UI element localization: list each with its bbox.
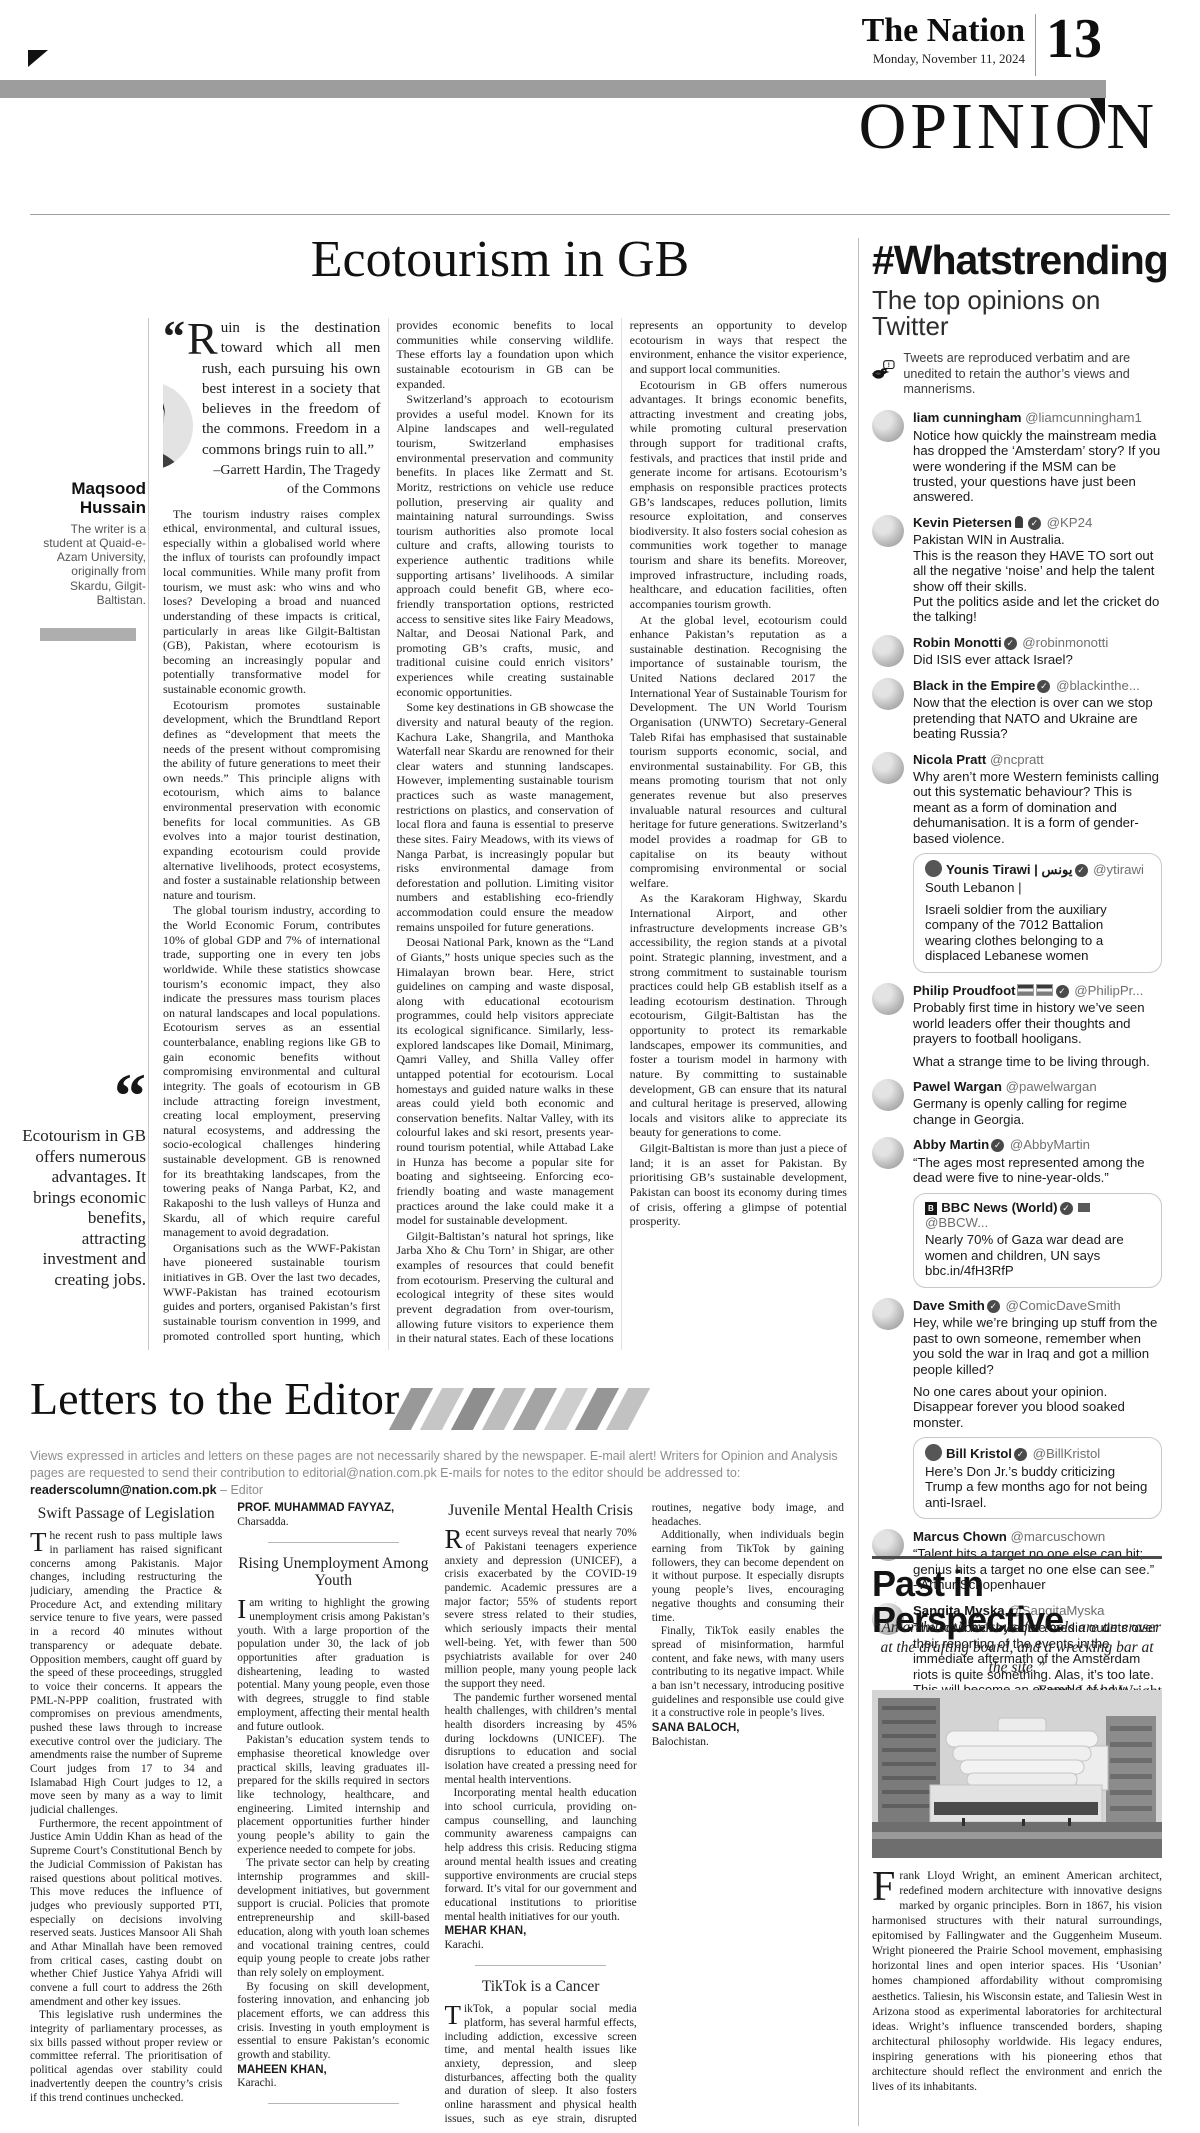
- tweet: Kevin Pietersen✓ @KP24Pakistan WIN in Au…: [872, 515, 1162, 625]
- avatar: [872, 678, 904, 710]
- tweet: Dave Smith✓ @ComicDaveSmithHey, while we…: [872, 1298, 1162, 1519]
- article-headline: Ecotourism in GB: [150, 234, 850, 286]
- tweet-text: “The ages most represented among the dea…: [913, 1155, 1162, 1186]
- disclaimer-text: E-mails for notes to the editor should b…: [437, 1466, 741, 1480]
- tweet-author-name: Kevin Pietersen: [913, 515, 1012, 530]
- article-opening-quote: “Ruin is the destination toward which al…: [163, 318, 380, 500]
- avatar: [872, 635, 904, 667]
- tweet-header: Dave Smith✓ @ComicDaveSmith: [913, 1298, 1162, 1313]
- quoted-tweet: Younis Tirawi | يونس✓ @ytirawiSouth Leba…: [913, 853, 1162, 973]
- tweet-text: What a strange time to be living through…: [913, 1054, 1162, 1069]
- tweet-handle: @pawelwargan: [1006, 1079, 1097, 1094]
- corner-wedge-icon: [28, 50, 48, 67]
- tweet-body: Robin Monotti✓ @robinmonottiDid ISIS eve…: [913, 635, 1108, 668]
- tweet-text: Nearly 70% of Gaza war dead are women an…: [925, 1232, 1150, 1278]
- letter-dropcap: T: [445, 2003, 465, 2026]
- article-paragraph: Some key destinations in GB showcase the…: [396, 700, 613, 934]
- tweet-text: Probably first time in history we’ve see…: [913, 1000, 1162, 1046]
- verified-badge-icon: ✓: [1056, 985, 1069, 998]
- letter-paragraph: The private sector can help by creating …: [237, 1857, 429, 1980]
- tweet-header: Bill Kristol✓ @BillKristol: [925, 1444, 1150, 1461]
- pip-dropcap: F: [872, 1868, 899, 1905]
- tweet-header: BBBC News (World)✓ @BBCW...: [925, 1200, 1150, 1231]
- tweet-header: Marcus Chown @marcuschown: [913, 1529, 1162, 1544]
- tweet-author-name: Philip Proudfoot: [913, 983, 1016, 998]
- verified-badge-icon: ✓: [1014, 1448, 1027, 1461]
- tweet-body: Dave Smith✓ @ComicDaveSmithHey, while we…: [913, 1298, 1162, 1519]
- article-columns: “Ruin is the destination toward which al…: [163, 318, 847, 1350]
- letter-title: Rising Unemployment Among Youth: [237, 1555, 429, 1590]
- letters-stripes: [389, 1388, 650, 1430]
- article-paragraph: Ecotourism in GB offers numerous advanta…: [630, 378, 847, 612]
- tweet-author-name: BBC News (World): [941, 1200, 1057, 1215]
- signature-name: MAHEEN KHAN,: [237, 2064, 429, 2078]
- verified-badge-icon: ✓: [1028, 517, 1041, 530]
- article-paragraph: Gilgit-Baltistan is more than just a pie…: [630, 1141, 847, 1229]
- whatstrending-subtitle: The top opinions on Twitter: [872, 287, 1162, 339]
- letter-paragraph: The pandemic further worsened mental hea…: [445, 1692, 637, 1788]
- tweet-header: Younis Tirawi | يونس✓ @ytirawi: [925, 860, 1150, 877]
- tweet-header: Pawel Wargan @pawelwargan: [913, 1079, 1162, 1094]
- tweet-header: Philip Proudfoot✓ @PhilipPr...: [913, 983, 1162, 998]
- signature-name: MEHAR KHAN,: [445, 1925, 637, 1939]
- tweet-handle: @ytirawi: [1093, 862, 1144, 877]
- tweet-text: Pakistan WIN in Australia. This is the r…: [913, 532, 1162, 625]
- tweet-handle: @blackinthe...: [1056, 678, 1140, 693]
- tweet-text: Did ISIS ever attack Israel?: [913, 652, 1108, 667]
- tweet-author-name: Bill Kristol: [946, 1446, 1012, 1461]
- letter-divider: [268, 2103, 399, 2104]
- tweet-body: Abby Martin✓ @AbbyMartin“The ages most r…: [913, 1137, 1162, 1288]
- tweet-body: Kevin Pietersen✓ @KP24Pakistan WIN in Au…: [913, 515, 1162, 625]
- author-bio: The writer is a student at Quaid-e-Azam …: [30, 522, 146, 607]
- pull-quote: “ Ecotourism in GB offers numerous advan…: [22, 1072, 146, 1291]
- tweet-header: Black in the Empire✓ @blackinthe...: [913, 678, 1162, 693]
- tweet-author-name: Marcus Chown: [913, 1529, 1007, 1544]
- tweet-author-name: Robin Monotti: [913, 635, 1002, 650]
- whatstrending-note: ! Tweets are reproduced verbatim and are…: [872, 349, 1162, 398]
- disclaimer-text: – Editor: [217, 1483, 264, 1497]
- microphone-icon: [1015, 516, 1023, 528]
- page-number: 13: [1046, 14, 1102, 66]
- letter-paragraph: Finally, TikTok easily enables the sprea…: [652, 1625, 844, 1721]
- letter-paragraph: This legislative rush undermines the int…: [30, 2009, 222, 2105]
- tweet-handle: @liamcunningham1: [1025, 410, 1142, 425]
- signature-city: Charsadda.: [237, 1516, 429, 1530]
- letter-dropcap: I: [237, 1597, 249, 1620]
- tweet-header: Abby Martin✓ @AbbyMartin: [913, 1137, 1162, 1152]
- avatar: [872, 983, 904, 1015]
- guggenheim-museum-image: [872, 1690, 1162, 1858]
- tweet-handle: @PhilipPr...: [1074, 983, 1143, 998]
- pull-quote-mark-icon: “: [22, 1072, 146, 1120]
- letter-paragraph: By focusing on skill development, foster…: [237, 1981, 429, 2063]
- tweet-handle: @ncpratt: [990, 752, 1044, 767]
- letter-paragraph: Furthermore, the recent appointment of J…: [30, 1818, 222, 2010]
- letter-dropcap: T: [30, 1530, 50, 1553]
- article-paragraph: The tourism industry raises complex ethi…: [163, 507, 380, 697]
- letter-signature: MEHAR KHAN,Karachi.: [445, 1925, 637, 1953]
- tweet-handle: @BillKristol: [1033, 1446, 1101, 1461]
- tweet-author-name: Black in the Empire: [913, 678, 1035, 693]
- tweet: Robin Monotti✓ @robinmonottiDid ISIS eve…: [872, 635, 1162, 668]
- avatar: [925, 1444, 942, 1461]
- tweet-handle: @marcuschown: [1010, 1529, 1105, 1544]
- letter-paragraph: I am writing to highlight the growing un…: [237, 1597, 429, 1734]
- avatar: [872, 515, 904, 547]
- author-portrait-image: [163, 382, 193, 470]
- tweet-text: South Lebanon |: [925, 880, 1150, 895]
- masthead: The Nation Monday, November 11, 2024 13: [820, 14, 1102, 76]
- tweet-text: Hey, while we’re bringing up stuff from …: [913, 1315, 1162, 1377]
- tweet-text: Israeli soldier from the auxiliary compa…: [925, 902, 1150, 964]
- avatar: [872, 410, 904, 442]
- letter-paragraph: Incorporating mental health education in…: [445, 1787, 637, 1924]
- signature-city: Karachi.: [237, 2077, 429, 2091]
- masthead-divider: [1035, 14, 1036, 76]
- letter-signature: SANA BALOCH,Balochistan.: [652, 1722, 844, 1750]
- verified-badge-icon: ✓: [1060, 1202, 1073, 1215]
- letter-title: TikTok is a Cancer: [445, 1978, 637, 1995]
- tweet-text: Notice how quickly the mainstream media …: [913, 428, 1162, 505]
- quoted-tweet: BBBC News (World)✓ @BBCW...Nearly 70% of…: [913, 1193, 1162, 1288]
- header-rule: [30, 214, 1170, 215]
- section-title: OPINION: [859, 94, 1158, 160]
- tweet-text: Here’s Don Jr.’s buddy criticizing Trump…: [925, 1464, 1150, 1510]
- tweet-body: Philip Proudfoot✓ @PhilipPr...Probably f…: [913, 983, 1162, 1069]
- tweet-author-name: Abby Martin: [913, 1137, 989, 1152]
- avatar: [872, 752, 904, 784]
- tweet-header: liam cunningham @liamcunningham1: [913, 410, 1162, 425]
- masthead-text: The Nation Monday, November 11, 2024: [862, 14, 1025, 67]
- letters-header: Letters to the Editor: [30, 1376, 399, 1422]
- tweet-text: Why aren’t more Western feminists callin…: [913, 769, 1162, 846]
- readers-column-email: readerscolumn@nation.com.pk: [30, 1483, 217, 1497]
- avatar: [872, 1298, 904, 1330]
- signature-city: Karachi.: [445, 1939, 637, 1953]
- article-paragraph: The global tourism industry, according t…: [163, 903, 380, 1239]
- verified-badge-icon: ✓: [1075, 864, 1088, 877]
- signature-name: PROF. MUHAMMAD FAYYAZ,: [237, 1502, 429, 1516]
- tweet-author-name: Nicola Pratt: [913, 752, 986, 767]
- letter-signature: MAHEEN KHAN,Karachi.: [237, 2064, 429, 2092]
- tweet-body: Black in the Empire✓ @blackinthe...Now t…: [913, 678, 1162, 742]
- avatar: [872, 1079, 904, 1111]
- bbc-logo-icon: B: [925, 1202, 937, 1215]
- newspaper-name: The Nation: [862, 14, 1025, 48]
- author-name: Maqsood Hussain: [30, 480, 146, 517]
- letters-disclaimer: Views expressed in articles and letters …: [30, 1448, 842, 1499]
- letter-title: Juvenile Mental Health Crisis: [445, 1502, 637, 1519]
- camera-icon: [1078, 1203, 1090, 1212]
- svg-text:!: !: [888, 362, 890, 369]
- tweet: Abby Martin✓ @AbbyMartin“The ages most r…: [872, 1137, 1162, 1288]
- avatar: [872, 1137, 904, 1169]
- article-paragraph: Deosai National Park, known as the “Land…: [396, 935, 613, 1228]
- tweet-header: Nicola Pratt @ncpratt: [913, 752, 1162, 767]
- letter-divider: [475, 1965, 606, 1966]
- tweet-text: Germany is openly calling for regime cha…: [913, 1096, 1162, 1127]
- tweet-list: liam cunningham @liamcunningham1Notice h…: [872, 410, 1162, 1728]
- tweet: Pawel Wargan @pawelwarganGermany is open…: [872, 1079, 1162, 1127]
- tweet-handle: @KP24: [1047, 515, 1093, 530]
- letter-paragraph: Additionally, when individuals begin ear…: [652, 1529, 844, 1625]
- author-photo: [163, 382, 193, 470]
- letter-paragraph: Pakistan’s education system tends to emp…: [237, 1734, 429, 1857]
- tweet-author-name: Younis Tirawi | يونس: [946, 862, 1073, 877]
- tweet-author-name: Pawel Wargan: [913, 1079, 1002, 1094]
- author-bio-bar: [40, 628, 136, 641]
- rail-divider: [148, 318, 149, 1350]
- flag-icon: [1017, 984, 1034, 996]
- tweet-author-name: Dave Smith: [913, 1298, 985, 1313]
- letters-columns: Swift Passage of LegislationThe recent r…: [30, 1502, 844, 2130]
- guggenheim-photo: [872, 1690, 1162, 1858]
- quote-dropcap: R: [187, 321, 218, 358]
- newspaper-page: { "masthead": { "title": "The Nation", "…: [0, 0, 1200, 2133]
- pip-quote-text: “An architect’s most useful tools are an…: [872, 1618, 1162, 1678]
- signature-city: Balochistan.: [652, 1736, 844, 1750]
- whatstrending-note-text: Tweets are reproduced verbatim and are u…: [903, 349, 1162, 398]
- letter-title: Swift Passage of Legislation: [30, 1505, 222, 1522]
- letter-paragraph: Recent surveys reveal that nearly 70% of…: [445, 1527, 637, 1691]
- tweet: Philip Proudfoot✓ @PhilipPr...Probably f…: [872, 983, 1162, 1069]
- article-paragraph: Ecotourism promotes sustainable developm…: [163, 698, 380, 903]
- tweet-body: liam cunningham @liamcunningham1Notice h…: [913, 410, 1162, 505]
- tweet-text: No one cares about your opinion. Disappe…: [913, 1384, 1162, 1430]
- open-quote-mark-icon: “: [163, 322, 185, 353]
- flag-icon: [1036, 984, 1053, 996]
- editorial-email: editorial@nation.com.pk: [302, 1466, 436, 1480]
- verified-badge-icon: ✓: [987, 1300, 1000, 1313]
- tweet: Nicola Pratt @ncprattWhy aren’t more Wes…: [872, 752, 1162, 973]
- tweet-author-name: liam cunningham: [913, 410, 1021, 425]
- verified-badge-icon: ✓: [1004, 637, 1017, 650]
- article-paragraph: As the Karakoram Highway, Skardu Interna…: [630, 891, 847, 1140]
- letter-signature: PROF. MUHAMMAD FAYYAZ,Charsadda.: [237, 1502, 429, 1530]
- pip-rule: [872, 1556, 1162, 1559]
- whatstrending-title: #Whatstrending: [872, 240, 1162, 281]
- tweet-handle: @AbbyMartin: [1010, 1137, 1090, 1152]
- tweet: liam cunningham @liamcunningham1Notice h…: [872, 410, 1162, 505]
- letter-dropcap: R: [445, 1527, 466, 1550]
- tweet-body: Pawel Wargan @pawelwarganGermany is open…: [913, 1079, 1162, 1127]
- tweet-handle: @BBCW...: [925, 1215, 988, 1230]
- article-paragraph: Switzerland’s approach to ecotourism pro…: [396, 392, 613, 699]
- whatstrending-section: #Whatstrending The top opinions on Twitt…: [872, 240, 1162, 1738]
- letter-paragraph: The recent rush to pass multiple laws in…: [30, 1530, 222, 1817]
- tweet: Black in the Empire✓ @blackinthe...Now t…: [872, 678, 1162, 742]
- letter-divider: [268, 1542, 399, 1543]
- pull-quote-text: Ecotourism in GB offers numerous advanta…: [22, 1126, 146, 1291]
- tweet-body: Nicola Pratt @ncprattWhy aren’t more Wes…: [913, 752, 1162, 973]
- tweet-handle: @ComicDaveSmith: [1006, 1298, 1121, 1313]
- pip-body: Frank Lloyd Wright, an eminent American …: [872, 1868, 1162, 2130]
- quote-attribution: –Garrett Hardin, The Tragedy of the Comm…: [163, 462, 380, 500]
- avatar: [925, 860, 942, 877]
- quoted-tweet: Bill Kristol✓ @BillKristolHere’s Don Jr.…: [913, 1437, 1162, 1519]
- verified-badge-icon: ✓: [991, 1139, 1004, 1152]
- tweet-text: Now that the election is over can we sto…: [913, 695, 1162, 741]
- twitter-bird-icon: !: [872, 349, 895, 391]
- verified-badge-icon: ✓: [1037, 680, 1050, 693]
- issue-date: Monday, November 11, 2024: [862, 51, 1025, 67]
- tweet-header: Kevin Pietersen✓ @KP24: [913, 515, 1162, 530]
- article-paragraph: At the global level, ecotourism could en…: [630, 613, 847, 891]
- signature-name: SANA BALOCH,: [652, 1722, 844, 1736]
- right-column-divider: [858, 238, 859, 2126]
- tweet-handle: @robinmonotti: [1022, 635, 1108, 650]
- tweet-header: Robin Monotti✓ @robinmonotti: [913, 635, 1108, 650]
